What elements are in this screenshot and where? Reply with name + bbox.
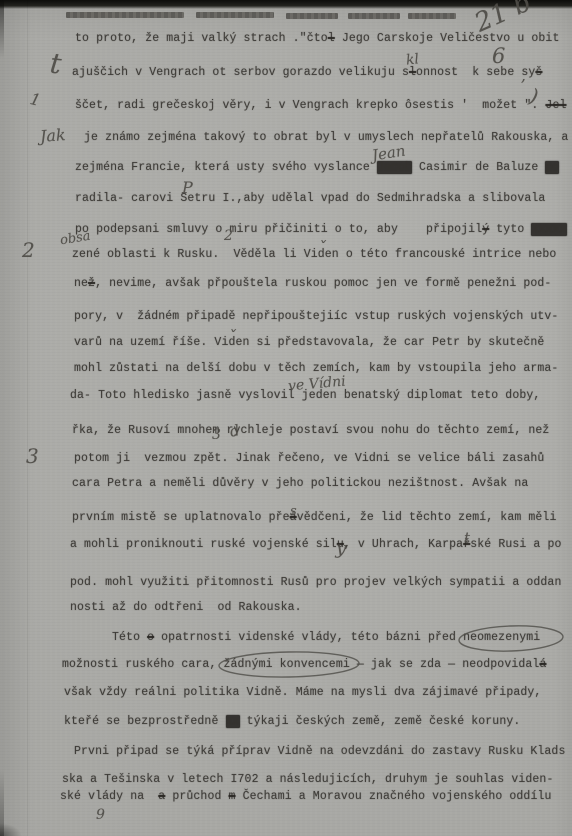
pencil-annotation: 3 bbox=[26, 446, 39, 466]
typed-line: cara Petra a neměli důvěry v jeho politi… bbox=[72, 477, 528, 490]
pencil-annotation: 6 bbox=[492, 46, 505, 67]
pencil-annotation: 2 bbox=[22, 240, 35, 260]
paper-fold-line bbox=[27, 0, 28, 836]
typed-line: ské vlády na a průchod m Čechami a Morav… bbox=[60, 790, 552, 803]
typed-text: Casimir de Baluze bbox=[412, 161, 545, 174]
typed-text: Této bbox=[112, 631, 147, 644]
typed-text: pod. mohl využiti přitomnosti Rusů pro p… bbox=[70, 576, 561, 589]
struck-text: Jel bbox=[545, 99, 566, 112]
typed-text: průchod bbox=[165, 790, 228, 803]
typed-text: to proto, že maji valký strach ."čto bbox=[75, 32, 328, 45]
typed-line: ska a Tešinska v letech I702 a následuji… bbox=[62, 773, 553, 786]
typed-text: ské vlády na bbox=[60, 790, 158, 803]
pencil-annotation: 9 bbox=[96, 808, 105, 822]
typed-text: Čechami a Moravou značného vojenského od… bbox=[236, 790, 552, 803]
typed-line: po podepsani smluvy o miru přičiniti o t… bbox=[75, 223, 567, 236]
pencil-annotation: 3 bbox=[212, 428, 221, 442]
struck-text-bar bbox=[408, 13, 456, 19]
typed-text: vědčeni, že lid těchto zemí, kam měli bbox=[297, 511, 557, 524]
page-bottom-corner-shadow bbox=[0, 823, 22, 836]
struck-text-bar bbox=[286, 13, 338, 19]
typed-text: zené oblasti k Rusku. Věděla li Viden o … bbox=[72, 248, 556, 261]
typed-line: kteřé se bezprostředně xx týkaji českých… bbox=[64, 715, 520, 728]
typed-text: tyto bbox=[489, 223, 531, 236]
pencil-ovals bbox=[0, 0, 572, 836]
typed-line: než, nevime, avšak přpouštela ruskou pom… bbox=[74, 277, 551, 290]
pencil-annotation: t bbox=[464, 531, 470, 546]
pencil-annotation: ˇ bbox=[228, 329, 236, 345]
typed-line: Prvni připad se týká příprav Vidně na od… bbox=[74, 745, 565, 758]
typed-text: a mohli proniknouti ruské vojenské sil bbox=[70, 538, 337, 551]
typed-text: ščet, radi grečeskoj věry, i v Vengrach … bbox=[75, 99, 545, 112]
typed-text: opatrnosti videnské vlády, této bázni př… bbox=[154, 631, 540, 644]
struck-text: l bbox=[328, 32, 335, 45]
typed-line: prvním mistě se uplatnovalo přeávědčeni,… bbox=[72, 511, 556, 524]
typed-text: onnost k sebe sy bbox=[416, 66, 535, 79]
page-left-edge bbox=[0, 0, 4, 836]
typed-text: ské Rusi a po bbox=[470, 538, 561, 551]
typed-line: nosti až do odtřeni od Rakouska. bbox=[70, 601, 302, 614]
typed-text: však vždy reálni politika Vidně. Máme na… bbox=[64, 686, 541, 699]
pencil-annotation: y bbox=[335, 540, 346, 559]
blacked-out-text: po bbox=[545, 161, 559, 174]
typed-line: ščet, radi grečeskoj věry, i v Vengrach … bbox=[75, 99, 567, 112]
struck-text-bar bbox=[66, 12, 184, 18]
struck-text-bar bbox=[196, 12, 274, 18]
typed-text: týkaji českých země, země české koruny. bbox=[240, 715, 521, 728]
struck-text: m bbox=[229, 790, 236, 803]
typed-line: zené oblasti k Rusku. Věděla li Viden o … bbox=[72, 248, 556, 261]
typed-line: potom ji vezmou zpět. Jinak řečeno, ve V… bbox=[74, 452, 544, 465]
blacked-out-text: xxxxx bbox=[531, 223, 566, 236]
typed-text: , nevime, avšak přpouštela ruskou pomoc … bbox=[95, 277, 551, 290]
typed-text: je známo zejména takový to obrat byl v u… bbox=[84, 131, 568, 144]
typed-text: ajuščich v Vengrach ot serbov gorazdo ve… bbox=[72, 66, 409, 79]
pencil-annotation: ˇ bbox=[318, 240, 326, 256]
typed-text: kteřé se bezprostředně bbox=[64, 715, 226, 728]
typed-text: radila- carovi Setru I.,aby udělal vpad … bbox=[75, 192, 545, 205]
blacked-out-text: xx bbox=[226, 715, 240, 728]
pencil-annotation: obsa bbox=[59, 230, 91, 248]
typed-line: je známo zejména takový to obrat byl v u… bbox=[84, 131, 568, 144]
typed-text: pory, v žádném připadě nepřipouštejiíc v… bbox=[74, 310, 558, 323]
pencil-annotation: ʼ bbox=[520, 78, 525, 94]
typed-text: možnosti ruského cara, žádnými konvencem… bbox=[62, 658, 539, 671]
pencil-annotation: 2 bbox=[224, 229, 233, 243]
typed-text: nosti až do odtřeni od Rakouska. bbox=[70, 601, 302, 614]
typed-text: varů na uzemí říše. Viden si představova… bbox=[74, 336, 544, 349]
typed-text: po podepsani smluvy o miru přičiniti o t… bbox=[75, 223, 482, 236]
typed-text: Prvni připad se týká příprav Vidně na od… bbox=[74, 745, 565, 758]
pencil-annotation: s bbox=[290, 505, 297, 518]
struck-text: š bbox=[535, 66, 542, 79]
typed-line: mohl zůstati na delší dobu v těch zemích… bbox=[74, 362, 558, 375]
typed-line: řka, že Rusoví mnohem rychleje postaví s… bbox=[72, 424, 549, 437]
typed-text: , v Uhrach, Karpa bbox=[344, 538, 463, 551]
pencil-annotation: Jak bbox=[39, 127, 66, 145]
pencil-annotation: 1 bbox=[28, 91, 42, 109]
typed-line: zejména Francie, která usty svého vyslan… bbox=[75, 161, 559, 174]
typed-text: potom ji vezmou zpět. Jinak řečeno, ve V… bbox=[74, 452, 544, 465]
typed-line: ajuščich v Vengrach ot serbov gorazdo ve… bbox=[72, 66, 542, 79]
typed-text: ne bbox=[74, 277, 88, 290]
pencil-annotation: t bbox=[49, 49, 63, 78]
typed-line: však vždy reálni politika Vidně. Máme na… bbox=[64, 686, 541, 699]
typed-text: ska a Tešinska v letech I702 a následuji… bbox=[62, 773, 553, 786]
typed-line: pod. mohl využiti přitomnosti Rusů pro p… bbox=[70, 576, 561, 589]
typed-text: cara Petra a neměli důvěry v jeho politi… bbox=[72, 477, 528, 490]
typed-line: varů na uzemí říše. Viden si představova… bbox=[74, 336, 544, 349]
typed-text: zejména Francie, která usty svého vyslan… bbox=[75, 161, 377, 174]
typed-line: pory, v žádném připadě nepřipouštejiíc v… bbox=[74, 310, 558, 323]
typed-text: mohl zůstati na delší dobu v těch zemích… bbox=[74, 362, 558, 375]
struck-text: á bbox=[539, 658, 546, 671]
typed-line: radila- carovi Setru I.,aby udělal vpad … bbox=[75, 192, 545, 205]
typed-line: a mohli proniknouti ruské vojenské silu,… bbox=[70, 538, 562, 551]
typewritten-manuscript-page: to proto, že maji valký strach ."čtol Je… bbox=[0, 0, 572, 836]
typed-text: prvním mistě se uplatnovalo pře bbox=[72, 511, 290, 524]
typed-text: řka, že Rusoví mnohem rychleje postaví s… bbox=[72, 424, 549, 437]
typed-text: Jego Carskoje Veličestvo u obit bbox=[335, 32, 560, 45]
struck-text-bar bbox=[348, 13, 400, 19]
typed-line: možnosti ruského cara, žádnými konvencem… bbox=[62, 658, 546, 671]
typed-line: Této o opatrnosti videnské vlády, této b… bbox=[112, 631, 540, 644]
pencil-annotation: kl bbox=[405, 52, 419, 67]
pencil-annotation: P bbox=[182, 180, 193, 196]
